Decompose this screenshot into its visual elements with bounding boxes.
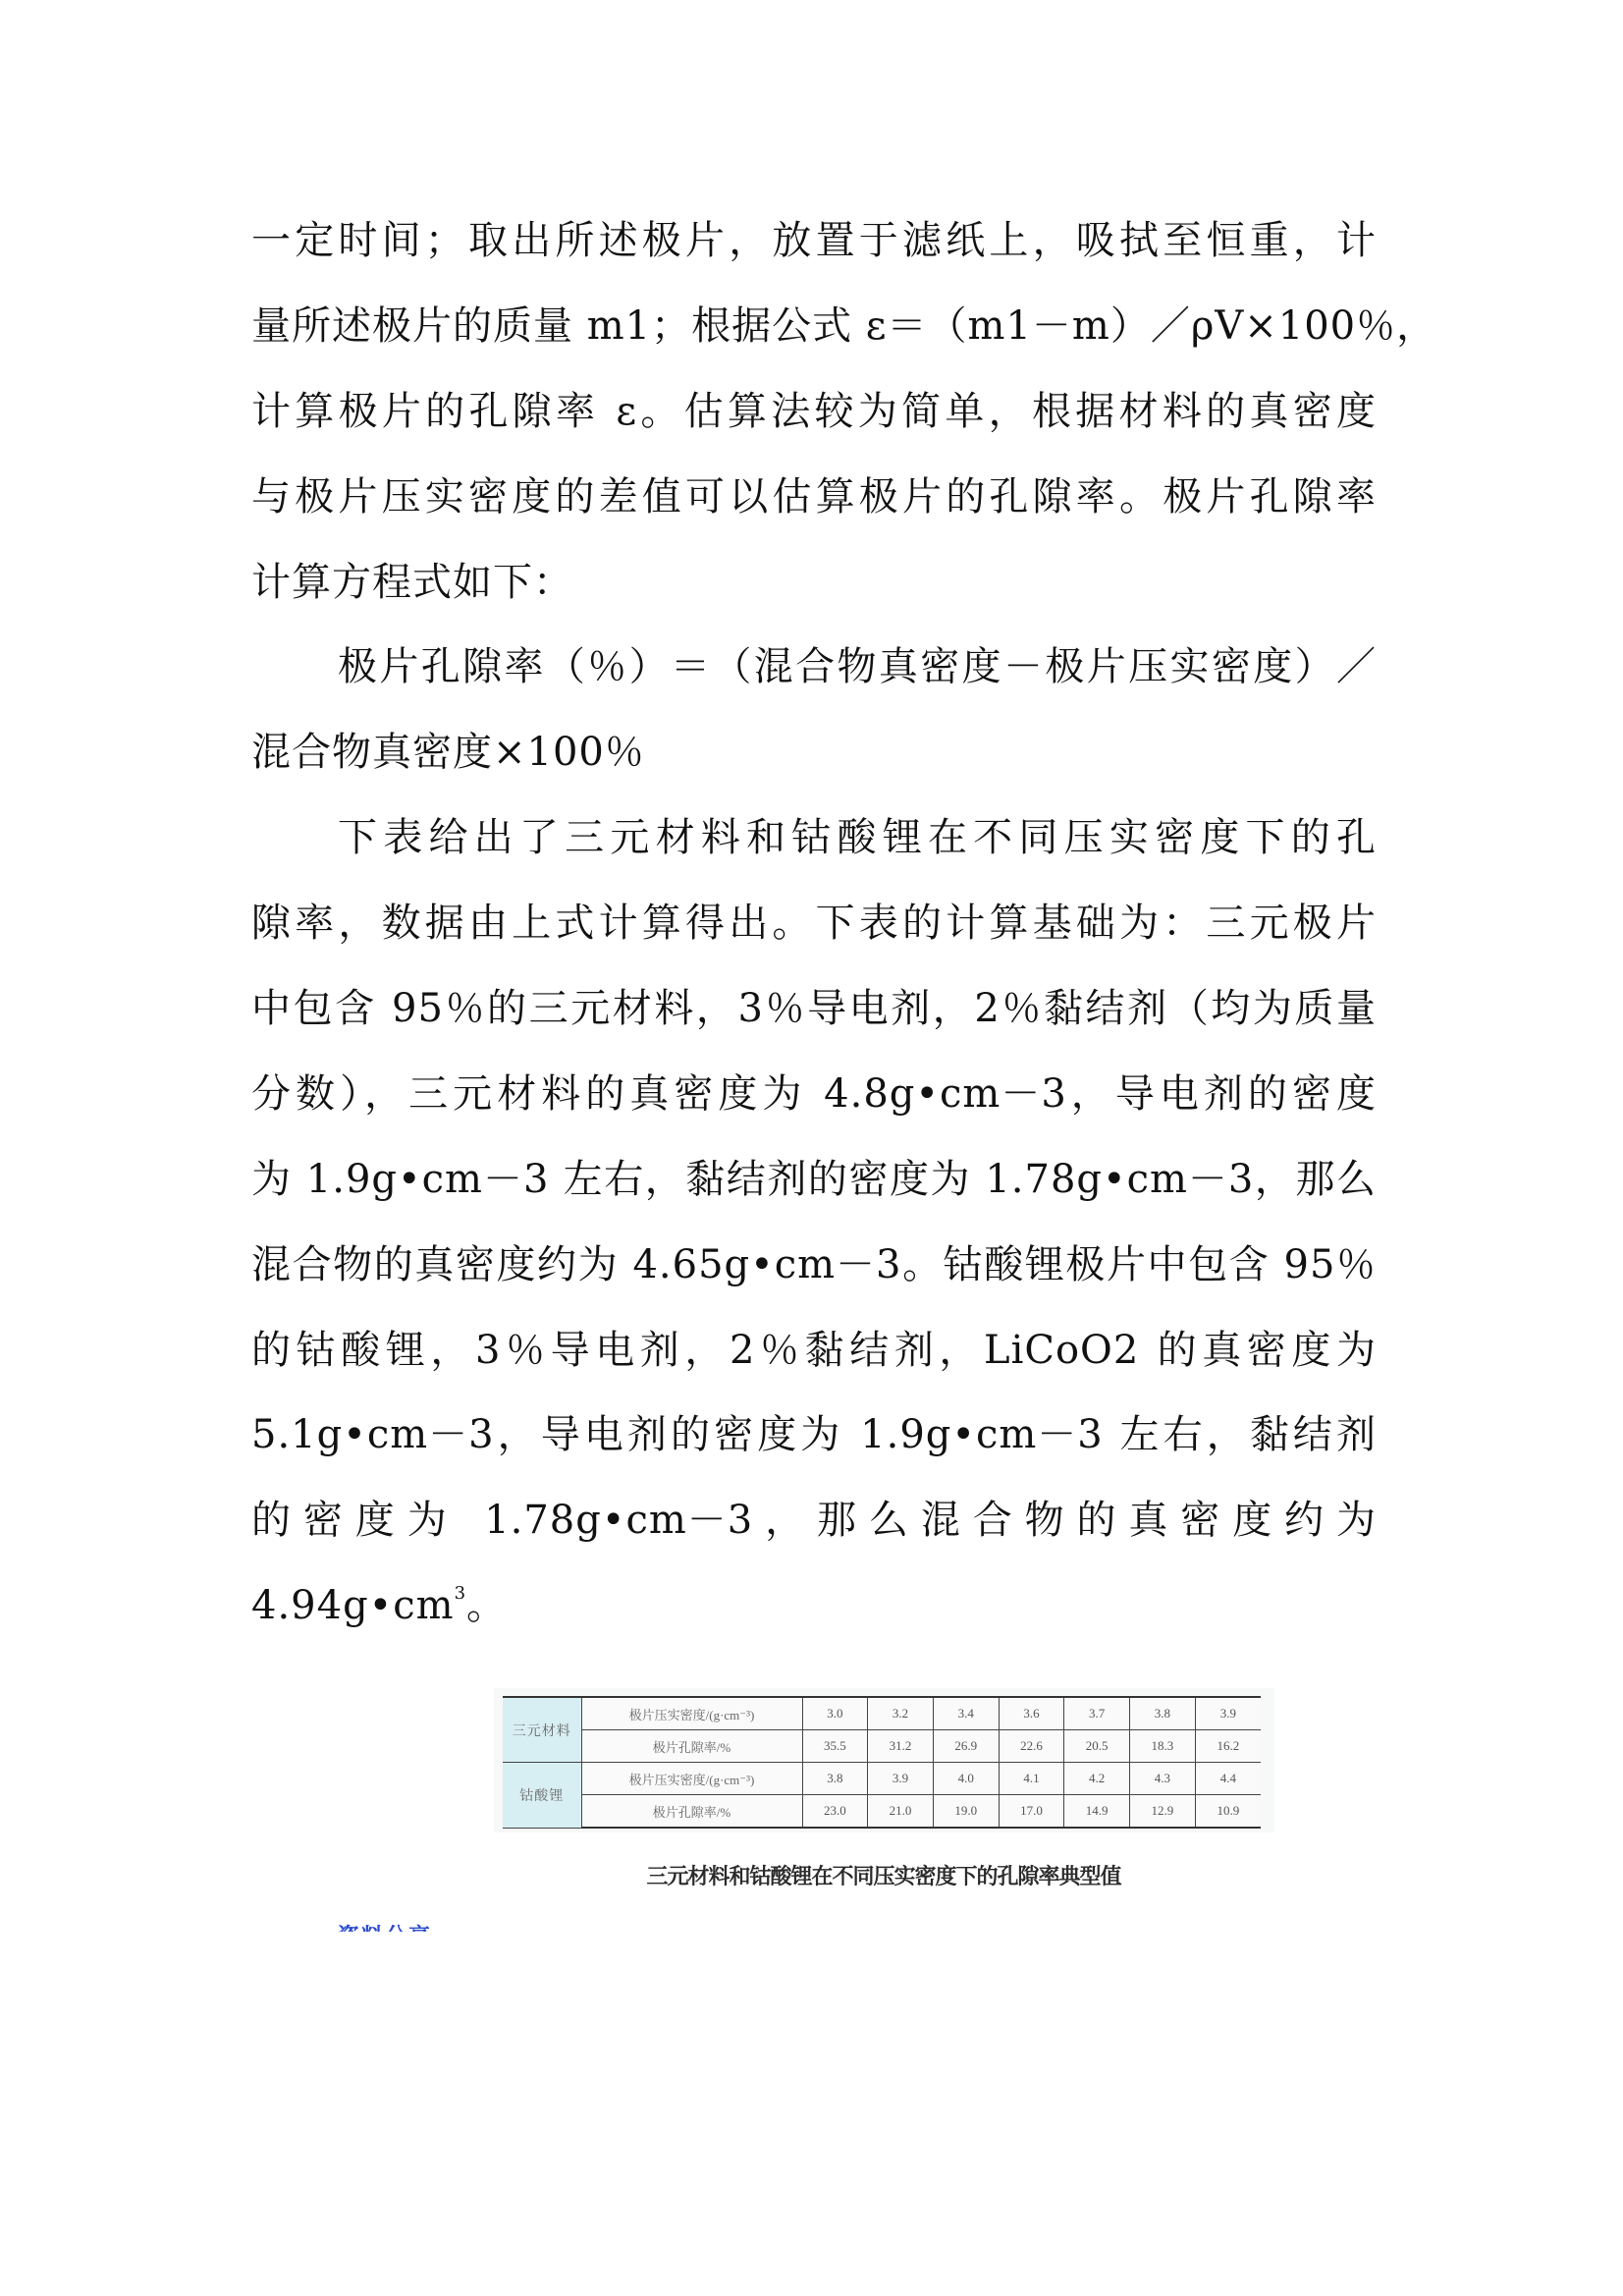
table-cell: 12.9	[1130, 1795, 1196, 1829]
table-cell: 22.6	[999, 1730, 1064, 1763]
row-header: 极片孔隙率/%	[581, 1795, 802, 1829]
table-cell: 23.0	[802, 1795, 868, 1829]
text-line: 的密度为 1.78g•cm－3，那么混合物的真密度约为	[251, 1478, 1377, 1563]
text-line: 计算极片的孔隙率 ε。估算法较为简单，根据材料的真密度	[251, 369, 1377, 455]
table-cell: 3.8	[802, 1763, 868, 1795]
table-cell: 19.0	[933, 1795, 999, 1829]
row-header: 极片孔隙率/%	[581, 1730, 802, 1763]
group-label: 三元材料	[503, 1697, 581, 1763]
text-line: 与极片压实密度的差值可以估算极片的孔隙率。极片孔隙率	[251, 455, 1377, 540]
row-header: 极片压实密度/(g·cm⁻³)	[581, 1697, 802, 1730]
clipped-footer: 资料分享	[338, 1920, 456, 1932]
formula-line: 混合物真密度×100％	[251, 710, 1377, 795]
table-cell: 4.4	[1195, 1763, 1261, 1795]
text-line: 计算方程式如下：	[251, 540, 1377, 626]
table-row: 三元材料 极片压实密度/(g·cm⁻³) 3.0 3.2 3.4 3.6 3.7…	[503, 1697, 1261, 1730]
table-cell: 14.9	[1064, 1795, 1130, 1829]
table-cell: 3.8	[1130, 1697, 1196, 1730]
table-caption: 三元材料和钴酸锂在不同压实密度下的孔隙率典型值	[491, 1860, 1276, 1890]
density-value: 4.94g•cm	[251, 1583, 455, 1628]
share-link[interactable]: 资料分享	[338, 1920, 432, 1932]
table-cell: 3.4	[933, 1697, 999, 1730]
table-cell: 4.0	[933, 1763, 999, 1795]
table-cell: 17.0	[999, 1795, 1064, 1829]
table-cell: 4.2	[1064, 1763, 1130, 1795]
text-line: 隙率，数据由上式计算得出。下表的计算基础为：三元极片	[251, 881, 1377, 966]
text-line: 量所述极片的质量 m1；根据公式 ε＝（m1－m）／ρV×100％，	[251, 284, 1377, 369]
table-cell: 35.5	[802, 1730, 868, 1763]
formula-line: 极片孔隙率（％）＝（混合物真密度－极片压实密度）／	[251, 625, 1377, 710]
row-header: 极片压实密度/(g·cm⁻³)	[581, 1763, 802, 1795]
group-label: 钴酸锂	[503, 1763, 581, 1829]
text-line: 为 1.9g•cm－3 左右，黏结剂的密度为 1.78g•cm－3，那么	[251, 1137, 1377, 1223]
text-line: 的钴酸锂，3％导电剂，2％黏结剂，LiCoO2 的真密度为	[251, 1308, 1377, 1394]
table-row: 极片孔隙率/% 35.5 31.2 26.9 22.6 20.5 18.3 16…	[503, 1730, 1261, 1763]
period: 。	[466, 1583, 507, 1628]
table-cell: 3.6	[999, 1697, 1064, 1730]
table-cell: 18.3	[1130, 1730, 1196, 1763]
table-row: 钴酸锂 极片压实密度/(g·cm⁻³) 3.8 3.9 4.0 4.1 4.2 …	[503, 1763, 1261, 1795]
text-line: 中包含 95％的三元材料，3％导电剂，2％黏结剂（均为质量	[251, 966, 1377, 1052]
text-line: 一定时间；取出所述极片，放置于滤纸上，吸拭至恒重，计	[251, 198, 1377, 284]
table-cell: 26.9	[933, 1730, 999, 1763]
table-cell: 16.2	[1195, 1730, 1261, 1763]
table-cell: 3.0	[802, 1697, 868, 1730]
table-cell: 21.0	[868, 1795, 934, 1829]
table-cell: 3.2	[868, 1697, 934, 1730]
table-cell: 3.9	[868, 1763, 934, 1795]
superscript: 3	[455, 1583, 466, 1604]
table-cell: 4.1	[999, 1763, 1064, 1795]
body-text: 一定时间；取出所述极片，放置于滤纸上，吸拭至恒重，计 量所述极片的质量 m1；根…	[251, 198, 1377, 1649]
table-row: 极片孔隙率/% 23.0 21.0 19.0 17.0 14.9 12.9 10…	[503, 1795, 1261, 1829]
porosity-table: 三元材料 极片压实密度/(g·cm⁻³) 3.0 3.2 3.4 3.6 3.7…	[503, 1696, 1261, 1829]
document-page: 一定时间；取出所述极片，放置于滤纸上，吸拭至恒重，计 量所述极片的质量 m1；根…	[0, 0, 1623, 2296]
table-cell: 10.9	[1195, 1795, 1261, 1829]
table-cell: 3.7	[1064, 1697, 1130, 1730]
text-line: 5.1g•cm－3，导电剂的密度为 1.9g•cm－3 左右，黏结剂	[251, 1393, 1377, 1478]
table-cell: 3.9	[1195, 1697, 1261, 1730]
text-line: 分数），三元材料的真密度为 4.8g•cm－3，导电剂的密度	[251, 1052, 1377, 1137]
porosity-table-image: 三元材料 极片压实密度/(g·cm⁻³) 3.0 3.2 3.4 3.6 3.7…	[494, 1688, 1274, 1832]
table-cell: 4.3	[1130, 1763, 1196, 1795]
text-line: 混合物的真密度约为 4.65g•cm－3。钴酸锂极片中包含 95％	[251, 1223, 1377, 1308]
text-line: 下表给出了三元材料和钴酸锂在不同压实密度下的孔	[251, 795, 1377, 881]
table-cell: 31.2	[868, 1730, 934, 1763]
text-line-final: 4.94g•cm3。	[251, 1563, 1377, 1649]
table-cell: 20.5	[1064, 1730, 1130, 1763]
